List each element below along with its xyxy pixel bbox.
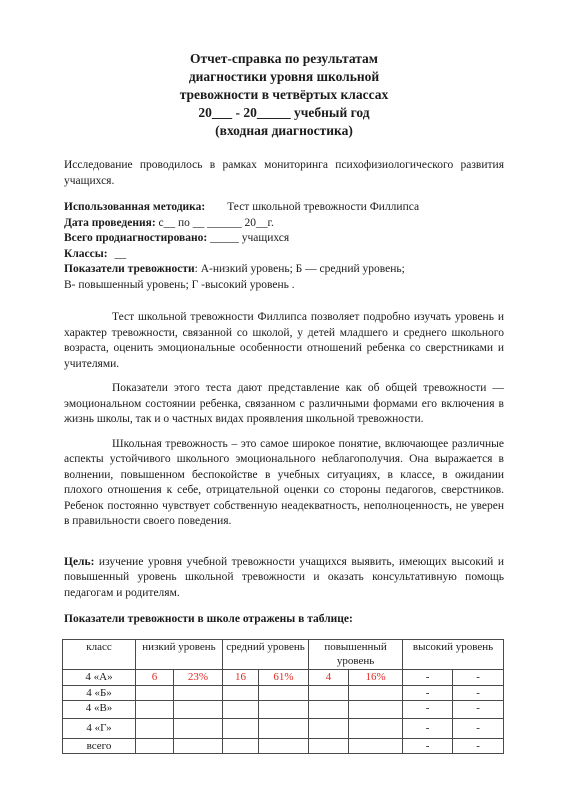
cell-low-percent [174, 685, 223, 700]
table-row-4b: 4 «Б» - - [63, 685, 504, 700]
paragraph-test-description: Тест школьной тревожности Филлипса позво… [64, 310, 504, 372]
table-row-4g: 4 «Г» - - [63, 718, 504, 738]
goal-text: изучение уровня учебной тревожности учащ… [64, 556, 504, 599]
total-value: _____ учащихся [210, 232, 289, 244]
table-row-4a: 4 «А» 6 23% 16 61% 4 16% - - [63, 669, 504, 685]
cell-low-count [136, 685, 174, 700]
cell-elevated-percent: 16% [349, 669, 403, 685]
cell-low-count: 6 [136, 669, 174, 685]
indicators-rest: : А-низкий уровень; Б — средний уровень; [195, 263, 405, 275]
row-label: 4 «В» [63, 700, 136, 718]
methodology-value: Тест школьной тревожности Филлипса [227, 201, 419, 213]
title-line-4: 20___ - 20_____ учебный год [64, 104, 504, 122]
cell-low-count [136, 700, 174, 718]
row-label: всего [63, 738, 136, 753]
info-block: Использованная методика:Тест школьной тр… [64, 200, 504, 293]
total-label: Всего продиагностировано: [64, 232, 207, 244]
goal-paragraph: Цель: изучение уровня учебной тревожност… [64, 555, 504, 602]
cell-low-percent [174, 718, 223, 738]
cell-low-percent: 23% [174, 669, 223, 685]
cell-high-percent: - [453, 685, 504, 700]
cell-medium-count [223, 718, 259, 738]
anxiety-results-table: класс низкий уровень средний уровень пов… [62, 639, 504, 754]
cell-high-percent: - [453, 700, 504, 718]
header-high-level: высокий уровень [403, 639, 504, 669]
cell-high-percent: - [453, 718, 504, 738]
header-medium-level: средний уровень [223, 639, 309, 669]
cell-medium-percent [259, 738, 309, 753]
table-header-row: класс низкий уровень средний уровень пов… [63, 639, 504, 669]
cell-medium-count [223, 685, 259, 700]
row-label: 4 «Б» [63, 685, 136, 700]
cell-medium-count [223, 738, 259, 753]
cell-elevated-count: 4 [309, 669, 349, 685]
title-line-1: Отчет-справка по результатам [64, 50, 504, 68]
cell-medium-percent: 61% [259, 669, 309, 685]
title-line-5: (входная диагностика) [64, 122, 504, 140]
indicators-label: Показатели тревожности [64, 263, 195, 275]
cell-high-count: - [403, 738, 453, 753]
cell-high-count: - [403, 718, 453, 738]
paragraph-indicators-description: Показатели этого теста дают представлени… [64, 381, 504, 428]
cell-low-count [136, 738, 174, 753]
table-heading: Показатели тревожности в школе отражены … [64, 612, 504, 628]
header-low-level: низкий уровень [136, 639, 223, 669]
total-line: Всего продиагностировано: _____ учащихся [64, 231, 504, 247]
cell-high-percent: - [453, 738, 504, 753]
date-label: Дата проведения: [64, 217, 156, 229]
table-row-total: всего - - [63, 738, 504, 753]
indicators-line: Показатели тревожности: А-низкий уровень… [64, 262, 504, 278]
indicators-line-2: В- повышенный уровень; Г -высокий уровен… [64, 278, 504, 294]
document-title: Отчет-справка по результатам диагностики… [64, 50, 504, 140]
row-label: 4 «Г» [63, 718, 136, 738]
cell-high-count: - [403, 700, 453, 718]
cell-medium-count [223, 700, 259, 718]
cell-elevated-count [309, 738, 349, 753]
classes-label: Классы: [64, 248, 108, 260]
cell-medium-percent [259, 700, 309, 718]
cell-elevated-count [309, 685, 349, 700]
title-line-3: тревожности в четвёртых классах [64, 86, 504, 104]
classes-value: __ [115, 248, 127, 260]
header-class: класс [63, 639, 136, 669]
goal-label: Цель: [64, 556, 94, 568]
cell-elevated-percent [349, 700, 403, 718]
cell-low-percent [174, 700, 223, 718]
cell-high-count: - [403, 669, 453, 685]
cell-medium-count: 16 [223, 669, 259, 685]
cell-medium-percent [259, 685, 309, 700]
cell-high-percent: - [453, 669, 504, 685]
date-value: с__ по __ ______ 20__г. [159, 217, 274, 229]
cell-elevated-percent [349, 718, 403, 738]
cell-elevated-count [309, 700, 349, 718]
methodology-label: Использованная методика: [64, 201, 205, 213]
date-line: Дата проведения: с__ по __ ______ 20__г. [64, 216, 504, 232]
intro-paragraph: Исследование проводилось в рамках монито… [64, 158, 504, 189]
title-line-2: диагностики уровня школьной [64, 68, 504, 86]
cell-low-percent [174, 738, 223, 753]
classes-line: Классы:__ [64, 247, 504, 263]
cell-high-count: - [403, 685, 453, 700]
header-elevated-level: повышенный уровень [309, 639, 403, 669]
cell-elevated-percent [349, 738, 403, 753]
cell-elevated-count [309, 718, 349, 738]
cell-low-count [136, 718, 174, 738]
document-page: Отчет-справка по результатам диагностики… [0, 0, 566, 800]
cell-elevated-percent [349, 685, 403, 700]
methodology-line: Использованная методика:Тест школьной тр… [64, 200, 504, 216]
cell-medium-percent [259, 718, 309, 738]
table-row-4v: 4 «В» - - [63, 700, 504, 718]
paragraph-anxiety-definition: Школьная тревожность – это самое широкое… [64, 437, 504, 530]
row-label: 4 «А» [63, 669, 136, 685]
